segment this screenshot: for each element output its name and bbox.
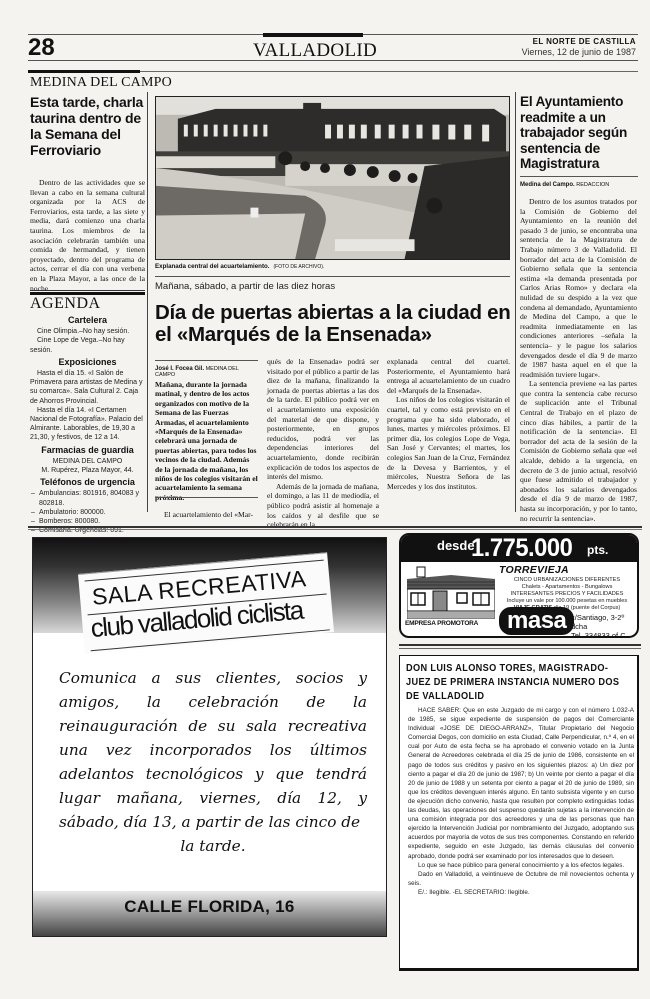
barracks-photo-image bbox=[156, 97, 509, 259]
paragraph: Además de la jornada de mañana, el domin… bbox=[267, 482, 379, 530]
photo-caption: Explanada central del acuartelamiento.(F… bbox=[155, 263, 324, 270]
newspaper-name: EL NORTE DE CASTILLA bbox=[533, 37, 636, 46]
paragraph: Dentro de los asuntos tratados por la Co… bbox=[520, 197, 637, 379]
house-illustration-icon bbox=[407, 565, 495, 619]
section-title: VALLADOLID bbox=[250, 40, 380, 62]
left-article-body: Dentro de las actividades que se llevan … bbox=[30, 178, 145, 293]
agenda-heading-cartelera: Cartelera bbox=[30, 316, 145, 325]
sala-recreativa-ad: SALA RECREATIVA club valladolid ciclista… bbox=[32, 537, 387, 937]
main-article-col3: explanada central del cuartel. Posterior… bbox=[387, 357, 510, 491]
ad-address: CALLE FLORIDA, 16 bbox=[33, 897, 386, 917]
ad-separator bbox=[399, 644, 641, 646]
agenda-item: MEDINA DEL CAMPO bbox=[30, 457, 145, 466]
agenda-item: Cine Lope de Vega.–No hay sesión. bbox=[30, 336, 145, 354]
phone-item: Bomberos: 800080. bbox=[30, 517, 145, 526]
paragraph: qués de la Ensenada» podrá ser visitado … bbox=[267, 357, 379, 482]
main-article-col1: El acuartelamiento del «Mar- bbox=[155, 510, 258, 520]
photo-caption-text: Explanada central del acuartelamiento. bbox=[155, 263, 270, 270]
main-article-byline: José I. Focea Gil. MEDINA DEL CAMPO bbox=[155, 366, 258, 378]
ad-empresa-label: EMPRESA PROMOTORA bbox=[405, 620, 478, 627]
paragraph: La sentencia previene «a las partes que … bbox=[520, 379, 637, 523]
kicker-rule bbox=[155, 276, 510, 277]
byline-author: REDACCION bbox=[576, 182, 609, 188]
ad-line: INTERESANTES PRECIOS Y FACILIDADES bbox=[497, 591, 637, 598]
ad-body: Comunica a sus clientes, socios y amigos… bbox=[59, 669, 367, 831]
main-article-headline: Día de puertas abiertas a la ciudad en e… bbox=[155, 302, 515, 346]
subsection-title: MEDINA DEL CAMPO bbox=[30, 75, 172, 91]
phone-item: Ambulancias: 801916, 804083 y 802818. bbox=[30, 489, 145, 507]
column-divider bbox=[515, 92, 516, 512]
ad-separator-thin bbox=[399, 648, 641, 649]
main-article-col2: qués de la Ensenada» podrá ser visitado … bbox=[267, 357, 379, 530]
paragraph: explanada central del cuartel. Posterior… bbox=[387, 357, 510, 395]
ads-section-rule-thin bbox=[28, 529, 642, 530]
left-article-headline: Esta tarde, charla taurina dentro de la … bbox=[30, 94, 145, 158]
subsection-bar bbox=[28, 70, 140, 73]
byline-rule bbox=[520, 176, 638, 177]
paragraph: Lo que se hace público para general cono… bbox=[408, 861, 634, 870]
column-divider bbox=[147, 92, 148, 512]
masa-realestate-ad: desde 1.775.000 pts. TORREVIEJA CINCO UR… bbox=[399, 533, 639, 638]
phone-item: Ambulatorio: 800000. bbox=[30, 508, 145, 517]
agenda-title: AGENDA bbox=[30, 295, 101, 313]
paragraph: HACE SABER: Que en este Juzgado de mi ca… bbox=[408, 706, 634, 861]
ad-phone: Tel. 334833 of.C bbox=[571, 631, 637, 638]
agenda-heading-farmacias: Farmacias de guardia bbox=[30, 446, 145, 455]
byline-place: Medina del Campo. bbox=[520, 182, 575, 188]
price-prefix: desde bbox=[437, 538, 475, 553]
right-article-headline: El Ayuntamiento readmite a un trabajador… bbox=[520, 94, 645, 172]
masthead-section-bar bbox=[263, 33, 363, 37]
paragraph: Los niños de los colegios visitarán el c… bbox=[387, 395, 510, 491]
page-number: 28 bbox=[28, 36, 55, 60]
legal-notice-body: HACE SABER: Que en este Juzgado de mi ca… bbox=[408, 706, 634, 897]
agenda-heading-telefonos: Teléfonos de urgencia bbox=[30, 478, 145, 487]
barracks-photo bbox=[155, 96, 510, 260]
agenda-heading-exposiciones: Exposiciones bbox=[30, 358, 145, 367]
agenda-item: Hasta el día 15. «I Salón de Primavera p… bbox=[30, 369, 145, 406]
legal-notice-title: DON LUIS ALONSO TORES, MAGISTRADO-JUEZ D… bbox=[406, 662, 631, 704]
ads-section-rule bbox=[28, 526, 642, 528]
issue-date: Viernes, 12 de junio de 1987 bbox=[522, 47, 636, 57]
ad-line: CINCO URBANIZACIONES DIFERENTES bbox=[497, 577, 637, 584]
byline-rule bbox=[155, 360, 258, 361]
right-article-byline: Medina del Campo. REDACCION bbox=[520, 182, 609, 188]
ad-line: Chalets - Apartamentos - Bungalows bbox=[497, 584, 637, 591]
ad-contact: c/Santiago, 3-2º dcha Tel. 334833 of.C bbox=[571, 613, 637, 638]
paragraph: E/.: Ilegible. -EL SECRETARIO: Ilegible. bbox=[408, 888, 634, 897]
agenda-item: Hasta el día 14. «I Certamen Nacional de… bbox=[30, 406, 145, 443]
main-article-lead: Mañana, durante la jornada matinal, y de… bbox=[155, 380, 258, 502]
paragraph: Dado en Valladolid, a veintinueve de Oct… bbox=[408, 870, 634, 888]
ad-line: Incluye un vale por 100.000 pesetas en m… bbox=[497, 598, 637, 605]
masa-logo: masa bbox=[499, 607, 574, 635]
agenda-item: M. Rupérez, Plaza Mayor, 44. bbox=[30, 466, 145, 475]
ad-address: c/Santiago, 3-2º dcha bbox=[571, 613, 637, 631]
photo-credit: (FOTO DE ARCHIVO). bbox=[274, 264, 325, 270]
ad-location: TORREVIEJA bbox=[499, 564, 569, 576]
main-article-kicker: Mañana, sábado, a partir de las diez hor… bbox=[155, 281, 335, 292]
agenda-item: Cine Olimpia.–No hay sesión. bbox=[30, 327, 145, 336]
ad-body-last: la tarde. bbox=[59, 834, 367, 858]
lead-rule bbox=[155, 497, 258, 498]
agenda-box: Cartelera Cine Olimpia.–No hay sesión. C… bbox=[30, 313, 145, 535]
agenda-rule-thin bbox=[30, 290, 145, 291]
right-article-body: Dentro de los asuntos tratados por la Co… bbox=[520, 197, 637, 523]
price-value: 1.775.000 bbox=[471, 534, 572, 563]
legal-notice: DON LUIS ALONSO TORES, MAGISTRADO-JUEZ D… bbox=[399, 655, 639, 971]
ad-body-text: Comunica a sus clientes, socios y amigos… bbox=[59, 666, 367, 858]
price-currency: pts. bbox=[587, 543, 608, 557]
